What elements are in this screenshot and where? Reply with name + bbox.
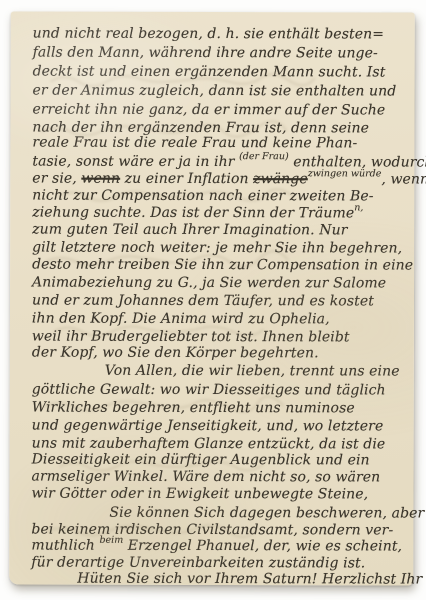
letter-line: weil ihr Brudergeliebter tot ist. Ihnen … [32, 329, 350, 346]
letter-line: ihn den Kopf. Die Anima wird zu Ophelia, [32, 311, 330, 328]
handwritten-text: er sie, [32, 171, 81, 187]
handwritten-text: Hüten Sie sich vor Ihrem Saturn! [77, 571, 322, 588]
handwritten-text: Herzlichst Ihr [322, 571, 426, 587]
letter-line-paragraph-start: Sie können Sich dagegen beschweren, aber [109, 505, 424, 522]
handwritten-text: Diesseitigkeit ein dürftiger Augenblick … [32, 452, 370, 469]
handwritten-text: falls den Mann, während ihre andre Seite… [33, 45, 378, 62]
letter-line: Diesseitigkeit ein dürftiger Augenblick … [32, 452, 370, 469]
letter-line: er der Animus zugleich, dann ist sie ent… [33, 83, 397, 100]
handwritten-text: und gegenwärtige Jenseitigkeit, und, wo … [32, 418, 384, 435]
handwritten-text: deckt ist und einen ergänzenden Mann suc… [33, 64, 386, 81]
letter-line-paragraph-start: Hüten Sie sich vor Ihrem Saturn! Herzlic… [77, 568, 426, 588]
handwritten-text: Wirkliches begehren, entflieht uns numin… [32, 400, 355, 417]
letter-line: göttliche Gewalt: wo wir Diesseitiges un… [32, 382, 386, 399]
letter-line: reale Frau ist die reale Frau und keine … [32, 135, 357, 152]
handwritten-text: bei keinem irdischen Civilstandsamt, son… [31, 522, 393, 539]
letter-line: der Kopf, wo Sie den Körper begehrten. [32, 345, 319, 362]
handwritten-text: ihn den Kopf. Die Anima wird zu Ophelia, [32, 311, 330, 328]
letter-line: zum guten Teil auch Ihrer Imagination. N… [32, 222, 347, 239]
letter-line: Wirkliches begehren, entflieht uns numin… [32, 400, 355, 417]
handwritten-text: , wenn sie [381, 171, 426, 187]
struck-out-text: wenn [81, 171, 120, 187]
handwritten-text: wir Götter oder in Ewigkeit unbewegte St… [31, 486, 368, 503]
handwritten-text: er der Animus zugleich, dann ist sie ent… [33, 83, 397, 100]
struck-out-text: zwänge [253, 171, 308, 187]
handwritten-text: zum guten Teil auch Ihrer Imagination. N… [32, 222, 347, 239]
letter-line: muthlich beim Erzengel Phanuel, der, wie… [31, 538, 402, 555]
interline-insertion: beim [99, 535, 123, 546]
letter-line: und nicht real bezogen, d. h. sie enthäl… [33, 26, 384, 43]
letter-line: uns mit zauberhaftem Glanze entzückt, da… [32, 436, 386, 453]
letter-line: desto mehr treiben Sie ihn zur Compensat… [32, 257, 413, 274]
letter-line: nicht zur Compensation nach einer zweite… [32, 188, 373, 205]
handwritten-text: nicht zur Compensation nach einer zweite… [32, 188, 373, 205]
letter-body: und nicht real bezogen, d. h. sie enthäl… [9, 11, 414, 585]
letter-line: erreicht ihn nie ganz, da er immer auf d… [32, 102, 385, 119]
handwritten-text: muthlich [31, 538, 99, 554]
handwritten-text: tasie, sonst wäre er ja in ihr [32, 154, 239, 171]
handwritten-text: der Kopf, wo Sie den Körper begehrten. [32, 345, 319, 362]
letter-paper: und nicht real bezogen, d. h. sie enthäl… [9, 11, 414, 585]
letter-line: wir Götter oder in Ewigkeit unbewegte St… [31, 486, 368, 503]
handwritten-text: Sie können Sich dagegen beschweren, aber [109, 505, 424, 522]
letter-line-paragraph-start: Von Allen, die wir lieben, trennt uns ei… [105, 363, 400, 380]
letter-line: Animabeziehung zu G., ja Sie werden zur … [32, 275, 386, 292]
handwritten-text: ziehung suchte. Das ist der Sinn der Trä… [32, 205, 354, 222]
handwritten-text: Von Allen, die wir lieben, trennt uns ei… [105, 363, 400, 380]
handwritten-text: weil ihr Brudergeliebter tot ist. Ihnen … [32, 329, 350, 346]
photo-background: und nicht real bezogen, d. h. sie enthäl… [0, 0, 426, 600]
letter-line: und er zum Johannes dem Täufer, und es k… [32, 293, 374, 310]
handwritten-text: und er zum Johannes dem Täufer, und es k… [32, 293, 374, 310]
handwritten-text: Animabeziehung zu G., ja Sie werden zur … [32, 275, 386, 292]
letter-line: gilt letztere noch weiter: je mehr Sie i… [32, 240, 402, 257]
handwritten-text: uns mit zauberhaftem Glanze entzückt, da… [32, 436, 386, 453]
letter-line: und gegenwärtige Jenseitigkeit, und, wo … [32, 418, 384, 435]
letter-line: armseliger Winkel. Wäre dem nicht so, so… [32, 469, 381, 486]
handwritten-text: zu einer Inflation [120, 171, 253, 187]
handwritten-text: reale Frau ist die reale Frau und keine … [32, 135, 357, 152]
interline-insertion: zwingen würde [308, 168, 382, 179]
letter-line: ziehung suchte. Das ist der Sinn der Trä… [32, 205, 363, 222]
letter-line: er sie, wenn zu einer Inflation zwänge z… [32, 171, 426, 188]
handwritten-text: Erzengel Phanuel, der, wie es scheint, [123, 538, 402, 555]
interline-insertion: (der Frau) [239, 151, 289, 162]
handwritten-text: erreicht ihn nie ganz, da er immer auf d… [32, 102, 385, 119]
letter-line: deckt ist und einen ergänzenden Mann suc… [33, 64, 386, 81]
handwritten-text: göttliche Gewalt: wo wir Diesseitiges un… [32, 382, 386, 399]
interline-insertion: n, [354, 202, 363, 213]
handwritten-text: desto mehr treiben Sie ihn zur Compensat… [32, 257, 413, 274]
handwritten-text: armseliger Winkel. Wäre dem nicht so, so… [32, 469, 381, 486]
handwritten-text: gilt letztere noch weiter: je mehr Sie i… [32, 240, 402, 257]
handwritten-text: und nicht real bezogen, d. h. sie enthäl… [33, 26, 384, 43]
letter-line: bei keinem irdischen Civilstandsamt, son… [31, 522, 393, 539]
letter-line: falls den Mann, während ihre andre Seite… [33, 45, 378, 62]
